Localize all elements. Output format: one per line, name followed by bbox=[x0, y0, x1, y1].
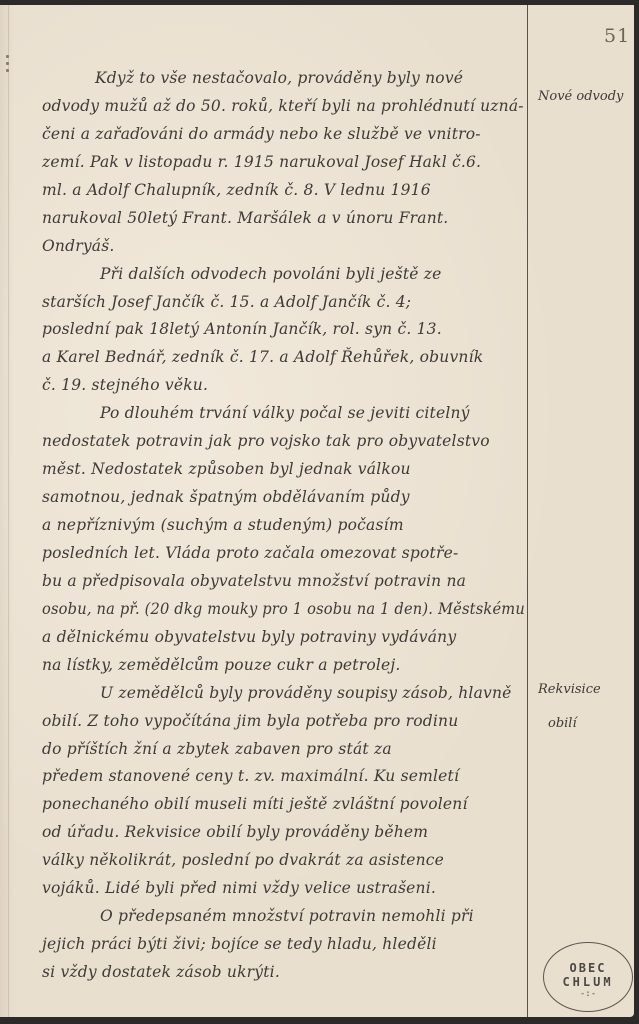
handwritten-line: samotnou, jednak špatným obdělávaním půd… bbox=[42, 488, 410, 506]
margin-rule bbox=[527, 5, 528, 1017]
handwritten-line: Po dlouhém trvání války počal se jeviti … bbox=[100, 404, 470, 422]
handwritten-line: zemí. Pak v listopadu r. 1915 narukoval … bbox=[42, 153, 481, 171]
margin-note-requisition: Rekvisice bbox=[538, 682, 601, 697]
municipal-stamp: OBEC CHLUM -:- bbox=[543, 942, 633, 1012]
handwritten-line: čeni a zařaďováni do armády nebo ke služ… bbox=[42, 125, 481, 143]
handwritten-line: odvody mužů až do 50. roků, kteří byli n… bbox=[42, 97, 524, 115]
handwritten-line: jejich práci býti živi; bojíce se tedy h… bbox=[42, 935, 437, 953]
handwritten-line: si vždy dostatek zásob ukrýti. bbox=[42, 963, 280, 981]
margin-note-grain: obilí bbox=[548, 716, 577, 731]
handwritten-line: a nepříznivým (suchým a studeným) počasí… bbox=[42, 516, 404, 534]
handwritten-line: Když to vše nestačovalo, prováděny byly … bbox=[95, 69, 463, 87]
handwritten-line: a dělnickému obyvatelstvu byly potraviny… bbox=[42, 628, 456, 646]
handwritten-line: ponechaného obilí museli míti ještě zvlá… bbox=[42, 795, 468, 813]
stamp-line-2: CHLUM bbox=[544, 975, 632, 989]
handwritten-line: Ondryáš. bbox=[42, 237, 115, 255]
handwritten-line: osobu, na př. (20 dkg mouky pro 1 osobu … bbox=[42, 600, 525, 618]
handwritten-line: do příštích žní a zbytek zabaven pro stá… bbox=[42, 740, 392, 758]
handwritten-line: č. 19. stejného věku. bbox=[42, 376, 208, 394]
handwritten-line: a Karel Bednář, zedník č. 17. a Adolf Ře… bbox=[42, 348, 483, 366]
stamp-ornament: -:- bbox=[544, 989, 632, 999]
binding-marks bbox=[6, 55, 10, 75]
handwritten-line: ml. a Adolf Chalupník, zedník č. 8. V le… bbox=[42, 181, 431, 199]
handwritten-line: měst. Nedostatek způsoben byl jednak vál… bbox=[42, 460, 411, 478]
handwritten-line: U zemědělců byly prováděny soupisy zásob… bbox=[100, 684, 512, 702]
handwritten-line: bu a předpisovala obyvatelstvu množství … bbox=[42, 572, 466, 590]
page-gutter bbox=[8, 5, 9, 1017]
handwritten-line: vojáků. Lidé byli před nimi vždy velice … bbox=[42, 879, 436, 897]
handwritten-line: O předepsaném množství potravin nemohli … bbox=[100, 907, 474, 925]
handwritten-line: předem stanovené ceny t. zv. maximální. … bbox=[42, 767, 459, 785]
handwritten-line: starších Josef Jančík č. 15. a Adolf Jan… bbox=[42, 293, 411, 311]
handwritten-line: narukoval 50letý Frant. Maršálek a v úno… bbox=[42, 209, 448, 227]
handwritten-line: války několikrát, poslední po dvakrát za… bbox=[42, 851, 444, 869]
handwritten-line: posledních let. Vláda proto začala omezo… bbox=[42, 544, 458, 562]
handwritten-line: Při dalších odvodech povoláni byli ještě… bbox=[100, 265, 442, 283]
ledger-page: 51 Nové odvody Rekvisice obilí Když to v… bbox=[0, 5, 634, 1017]
margin-note-new-conscriptions: Nové odvody bbox=[538, 89, 623, 104]
handwritten-line: na lístky, zemědělcům pouze cukr a petro… bbox=[42, 656, 401, 674]
handwritten-line: nedostatek potravin jak pro vojsko tak p… bbox=[42, 432, 490, 450]
page-number: 51 bbox=[604, 25, 630, 47]
handwritten-line: od úřadu. Rekvisice obilí byly prováděny… bbox=[42, 823, 428, 841]
handwritten-line: poslední pak 18letý Antonín Jančík, rol.… bbox=[42, 320, 442, 338]
handwritten-line: obilí. Z toho vypočítána jim byla potřeb… bbox=[42, 712, 458, 730]
stamp-line-1: OBEC bbox=[544, 961, 632, 975]
